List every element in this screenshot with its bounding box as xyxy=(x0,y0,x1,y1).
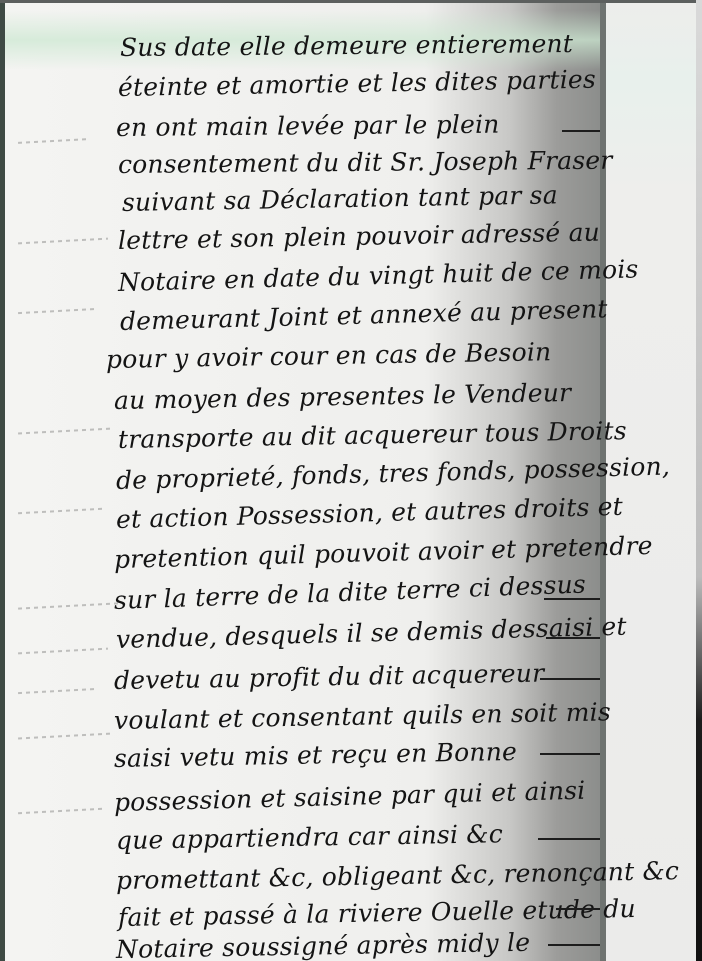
text-line: pretention quil pouvoit avoir et pretend… xyxy=(114,531,653,574)
text-line: Notaire soussigné après midy le xyxy=(116,928,531,961)
text-line: éteinte et amortie et les dites parties xyxy=(118,65,596,102)
line-fill-dash xyxy=(544,598,600,600)
text-line: devetu au profit du dit acquereur xyxy=(114,658,545,695)
text-line: transporte au dit acquereur tous Droits xyxy=(118,416,627,454)
text-line: suivant sa Déclaration tant par sa xyxy=(122,180,558,217)
line-fill-dash xyxy=(546,637,600,639)
line-fill-dash xyxy=(540,678,600,680)
line-fill-dash xyxy=(540,753,600,755)
line-fill-dash xyxy=(548,944,600,946)
text-line: au moyen des presentes le Vendeur xyxy=(114,378,572,415)
text-line: de proprieté, fonds, tres fonds, possess… xyxy=(116,451,671,494)
text-line: voulant et consentant quils en soit mis xyxy=(114,697,611,735)
text-line: pour y avoir cour en cas de Besoin xyxy=(106,337,552,374)
text-line: et action Possession, et autres droits e… xyxy=(116,492,624,534)
scanned-page: Sus date elle demeure entierement éteint… xyxy=(0,0,702,961)
text-line: saisi vetu mis et reçu en Bonne xyxy=(114,737,517,773)
text-line: Sus date elle demeure entierement xyxy=(120,29,573,62)
text-line: consentement du dit Sr. Joseph Fraser xyxy=(118,146,613,179)
text-line: fait et passé à la riviere Ouelle etude … xyxy=(118,894,636,932)
text-line: lettre et son plein pouvoir adressé au xyxy=(118,218,600,255)
line-fill-dash xyxy=(562,130,600,132)
text-line: que appartiendra car ainsi &c xyxy=(116,819,503,855)
text-line: sur la terre de la dite terre ci dessus xyxy=(113,570,586,615)
text-line: Notaire en date du vingt huit de ce mois xyxy=(118,254,639,297)
handwritten-text-block: Sus date elle demeure entierement éteint… xyxy=(0,0,702,961)
text-line: promettant &c, obligeant &c, renonçant &… xyxy=(116,856,680,895)
text-line: en ont main levée par le plein xyxy=(116,110,500,142)
text-line: vendue, desquels il se demis dessaisi et xyxy=(116,612,627,654)
text-line: demeurant Joint et annexé au present xyxy=(120,294,608,336)
text-line: possession et saisine par qui et ainsi xyxy=(114,776,586,817)
line-fill-dash xyxy=(556,908,600,910)
line-fill-dash xyxy=(538,838,600,840)
